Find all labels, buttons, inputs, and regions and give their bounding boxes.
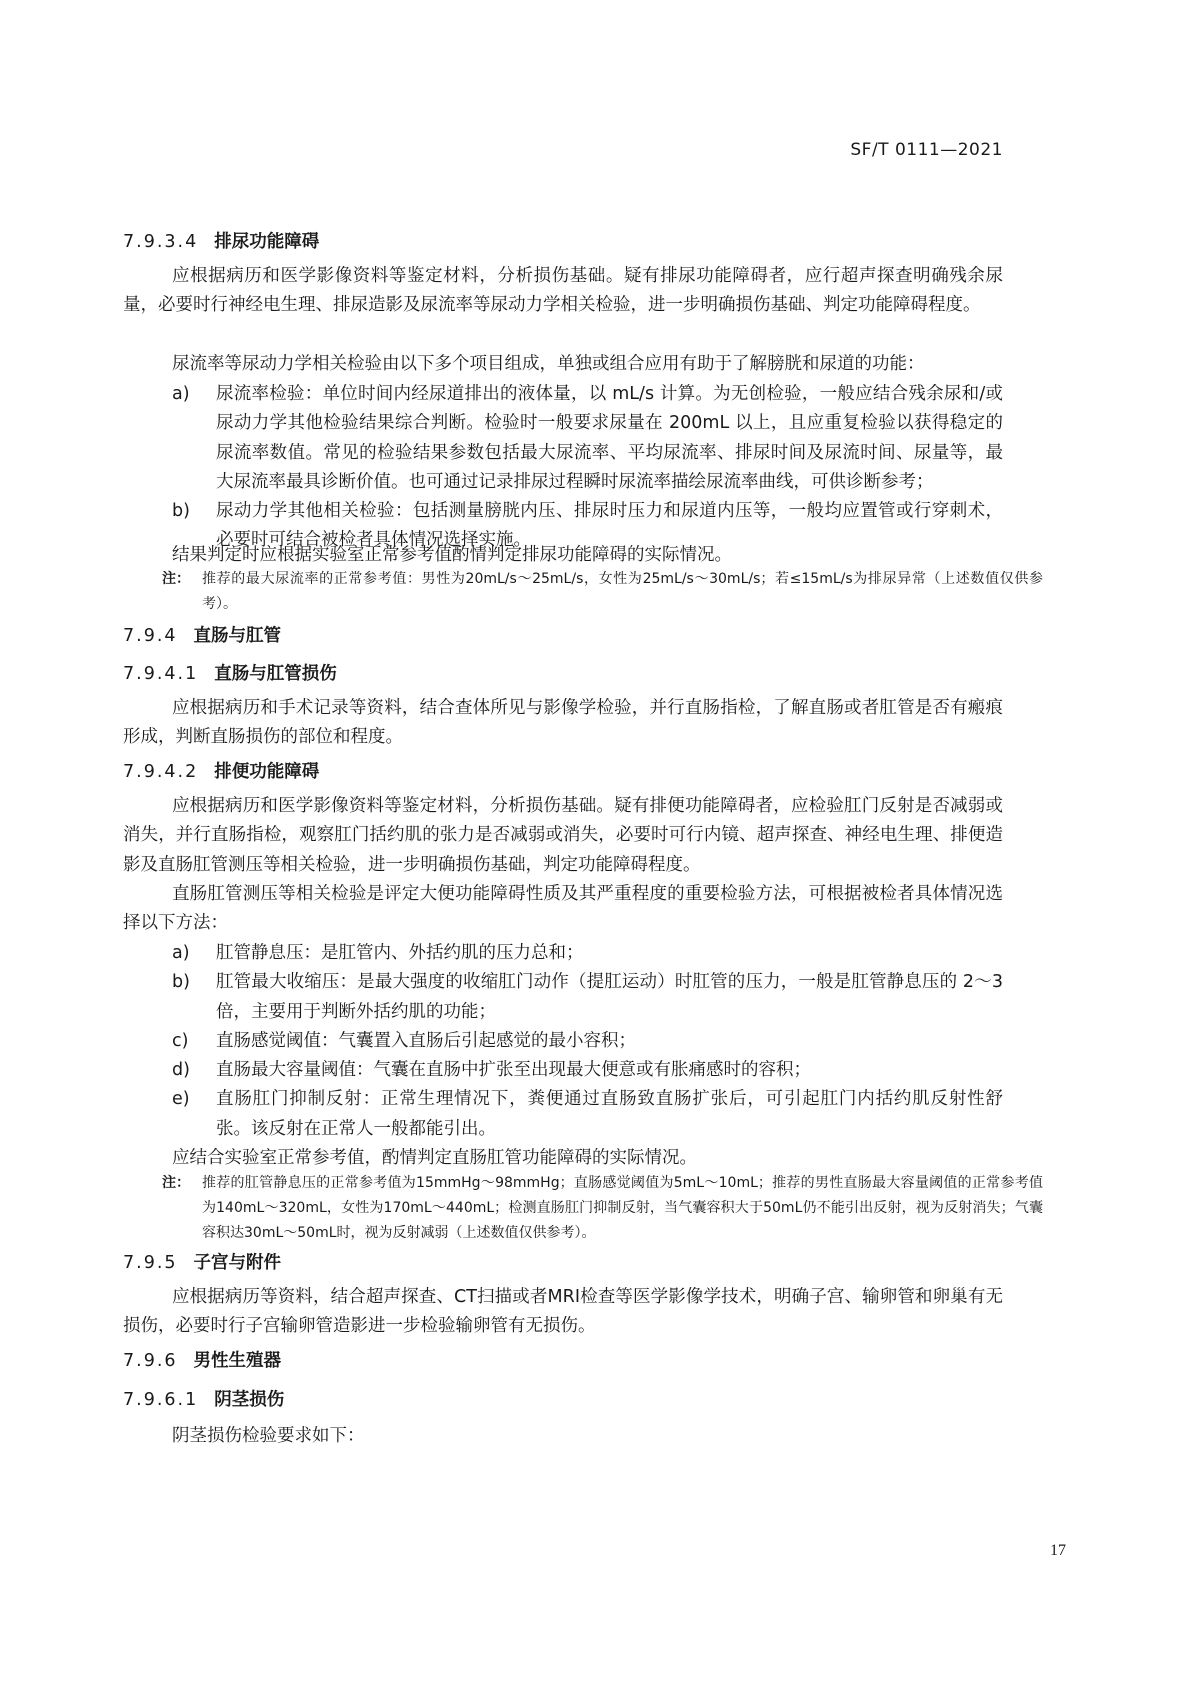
paragraph: 应根据病历等资料，结合超声探查、CT扫描或者MRI检查等医学影像学技术，明确子宫… (123, 1283, 1003, 1342)
heading-7-9-4-1: 7.9.4.1直肠与肛管损伤 (123, 660, 337, 685)
section-title: 排便功能障碍 (214, 762, 319, 782)
document-page: SF/T 0111—2021 7.9.3.4排尿功能障碍 应根据病历和医学影像资… (0, 0, 1199, 1696)
note: 注： 推荐的最大尿流率的正常参考值：男性为20mL/s～25mL/s，女性为25… (162, 567, 1043, 617)
section-number: 7.9.6.1 (123, 1390, 198, 1410)
section-title: 男性生殖器 (194, 1351, 282, 1371)
list-marker: a) (172, 380, 190, 409)
section-title: 排尿功能障碍 (214, 232, 319, 252)
note-label: 注： (162, 1171, 190, 1196)
list-marker: b) (172, 497, 190, 526)
list-item-text: 直肠感觉阈值：气囊置入直肠后引起感觉的最小容积； (216, 1031, 636, 1051)
list-item-text: 直肠肛门抑制反射：正常生理情况下，粪便通过直肠致直肠扩张后，可引起肛门内括约肌反… (216, 1089, 1003, 1138)
paragraph: 结果判定时应根据实验室正常参考值酌情判定排尿功能障碍的实际情况。 (172, 541, 732, 570)
note: 注： 推荐的肛管静息压的正常参考值为15mmHg～98mmHg；直肠感觉阈值为5… (162, 1171, 1043, 1246)
section-title: 直肠与肛管损伤 (214, 664, 337, 684)
list-item: e) 直肠肛门抑制反射：正常生理情况下，粪便通过直肠致直肠扩张后，可引起肛门内括… (172, 1085, 1003, 1144)
section-number: 7.9.6 (123, 1351, 178, 1371)
note-label: 注： (162, 567, 190, 592)
list-item: a) 尿流率检验：单位时间内经尿道排出的液体量，以 mL/s 计算。为无创检验，… (172, 380, 1003, 497)
paragraph: 应根据病历和医学影像资料等鉴定材料，分析损伤基础。疑有排尿功能障碍者，应行超声探… (123, 262, 1003, 321)
section-number: 7.9.4 (123, 626, 178, 646)
paragraph: 阴茎损伤检验要求如下： (172, 1422, 365, 1451)
list: a) 肛管静息压：是肛管内、外括约肌的压力总和； b) 肛管最大收缩压：是最大强… (172, 939, 1003, 1144)
section-number: 7.9.3.4 (123, 232, 198, 252)
list-marker: c) (172, 1027, 188, 1056)
note-text: 推荐的最大尿流率的正常参考值：男性为20mL/s～25mL/s，女性为25mL/… (202, 571, 1043, 612)
list-item-text: 肛管静息压：是肛管内、外括约肌的压力总和； (216, 943, 584, 963)
heading-7-9-6: 7.9.6男性生殖器 (123, 1347, 281, 1372)
section-number: 7.9.5 (123, 1253, 178, 1273)
paragraph: 应根据病历和医学影像资料等鉴定材料，分析损伤基础。疑有排便功能障碍者，应检验肛门… (123, 792, 1003, 880)
paragraph: 应根据病历和手术记录等资料，结合查体所见与影像学检验，并行直肠指检，了解直肠或者… (123, 694, 1003, 753)
list-item: a) 肛管静息压：是肛管内、外括约肌的压力总和； (172, 939, 1003, 968)
heading-7-9-4: 7.9.4直肠与肛管 (123, 622, 281, 647)
heading-7-9-4-2: 7.9.4.2排便功能障碍 (123, 758, 319, 783)
paragraph: 直肠肛管测压等相关检验是评定大便功能障碍性质及其严重程度的重要检验方法，可根据被… (123, 880, 1003, 939)
section-title: 阴茎损伤 (214, 1390, 284, 1410)
heading-7-9-6-1: 7.9.6.1阴茎损伤 (123, 1386, 284, 1411)
section-title: 直肠与肛管 (194, 626, 282, 646)
list-item: d) 直肠最大容量阈值：气囊在直肠中扩张至出现最大便意或有胀痛感时的容积； (172, 1056, 1003, 1085)
heading-7-9-3-4: 7.9.3.4排尿功能障碍 (123, 228, 319, 253)
section-number: 7.9.4.2 (123, 762, 198, 782)
list-item-text: 尿流率检验：单位时间内经尿道排出的液体量，以 mL/s 计算。为无创检验，一般应… (216, 384, 1003, 492)
heading-7-9-5: 7.9.5子宫与附件 (123, 1249, 281, 1274)
list: a) 尿流率检验：单位时间内经尿道排出的液体量，以 mL/s 计算。为无创检验，… (172, 380, 1003, 556)
list-marker: e) (172, 1085, 190, 1114)
page-number: 17 (1050, 1542, 1066, 1560)
note-text: 推荐的肛管静息压的正常参考值为15mmHg～98mmHg；直肠感觉阈值为5mL～… (202, 1175, 1043, 1241)
list-marker: b) (172, 968, 190, 997)
section-number: 7.9.4.1 (123, 664, 198, 684)
paragraph: 尿流率等尿动力学相关检验由以下多个项目组成，单独或组合应用有助于了解膀胱和尿道的… (123, 350, 1003, 379)
list-item: c) 直肠感觉阈值：气囊置入直肠后引起感觉的最小容积； (172, 1027, 1003, 1056)
list-item-text: 直肠最大容量阈值：气囊在直肠中扩张至出现最大便意或有胀痛感时的容积； (216, 1060, 811, 1080)
list-item-text: 肛管最大收缩压：是最大强度的收缩肛门动作（提肛运动）时肛管的压力，一般是肛管静息… (216, 972, 1003, 1021)
paragraph: 应结合实验室正常参考值，酌情判定直肠肛管功能障碍的实际情况。 (172, 1144, 697, 1173)
section-title: 子宫与附件 (194, 1253, 282, 1273)
list-marker: d) (172, 1056, 190, 1085)
document-id-header: SF/T 0111—2021 (850, 140, 1003, 160)
list-item: b) 肛管最大收缩压：是最大强度的收缩肛门动作（提肛运动）时肛管的压力，一般是肛… (172, 968, 1003, 1027)
list-marker: a) (172, 939, 190, 968)
